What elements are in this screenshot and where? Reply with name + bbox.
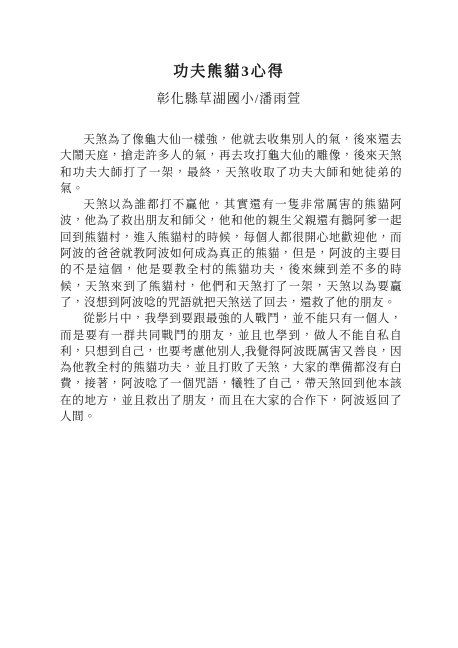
byline: 彰化縣草湖國小/潘雨萱 [0, 90, 458, 108]
paragraph: 天煞以為誰都打不贏他，其實還有一隻非常厲害的熊貓阿波，他為了救出朋友和師父，他和… [60, 197, 402, 311]
essay-body: 天煞為了像龜大仙一樣強，他就去收集別人的氣，後來還去大鬧天庭，搶走許多人的氣，再… [60, 132, 402, 425]
paragraph: 從影片中，我學到要跟最強的人戰鬥，並不能只有一個人，而是要有一群共同戰鬥的朋友，… [60, 311, 402, 425]
document-page: 功夫熊貓3心得 彰化縣草湖國小/潘雨萱 天煞為了像龜大仙一樣強，他就去收集別人的… [0, 0, 458, 648]
paragraph: 天煞為了像龜大仙一樣強，他就去收集別人的氣，後來還去大鬧天庭，搶走許多人的氣，再… [60, 132, 402, 197]
page-title: 功夫熊貓3心得 [0, 0, 458, 82]
